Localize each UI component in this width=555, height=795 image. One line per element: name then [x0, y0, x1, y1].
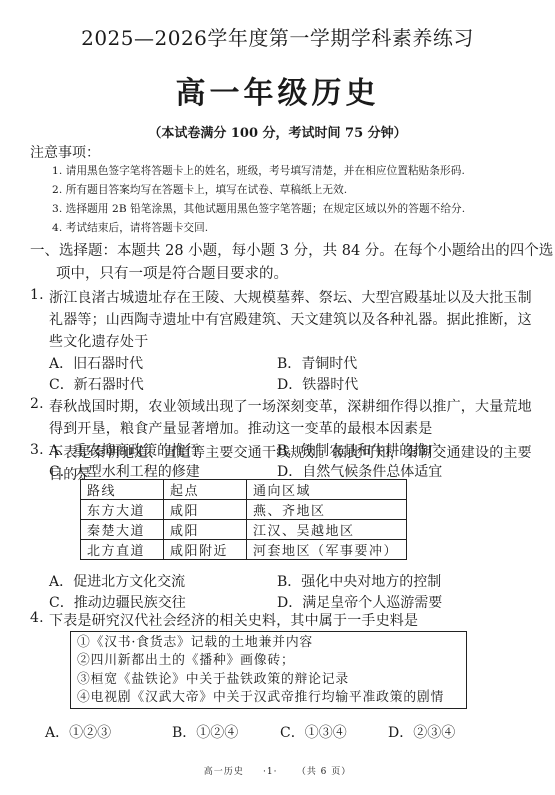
page-footer: 高一历史 ·1· （共 6 页）	[0, 764, 555, 777]
notice-item: 1. 请用黑色签字笔将答题卡上的姓名，班级，考号填写清楚，并在相应位置粘贴条形码…	[52, 163, 465, 178]
material-item: ①《汉书·食货志》记载的土地兼并内容	[77, 634, 460, 652]
material-item: ②四川新都出土的《播种》画像砖；	[77, 652, 460, 670]
footer-subject: 高一历史	[204, 767, 244, 777]
table-cell: 秦楚大道	[81, 520, 164, 540]
notice-item: 2. 所有题目答案均写在答题卡上，填写在试卷、草稿纸上无效.	[52, 182, 347, 197]
question-number: 4.	[30, 610, 44, 626]
table-cell: 北方直道	[81, 540, 164, 560]
table-cell: 河套地区（军事要冲）	[247, 540, 407, 560]
question-text: 浙江良渚古城遗址存在王陵、大规模墓葬、祭坛、大型宫殿基址以及大批玉制	[49, 287, 532, 307]
option-c[interactable]: C．推动边疆民族交往	[49, 592, 186, 612]
table-header: 路线	[81, 480, 164, 500]
question-number: 1.	[30, 287, 44, 303]
table-cell: 燕、齐地区	[247, 500, 407, 520]
table-cell: 咸阳	[164, 500, 247, 520]
table-row: 东方大道 咸阳 燕、齐地区	[81, 500, 407, 520]
footer-total-pages: （共 6 页）	[297, 767, 351, 777]
table-cell: 江汉、吴越地区	[247, 520, 407, 540]
option-c[interactable]: C．新石器时代	[49, 374, 144, 394]
notice-heading: 注意事项：	[30, 142, 100, 162]
table-header: 通向区域	[247, 480, 407, 500]
notice-item: 3. 选择题用 2B 铅笔涂黑，其他试题用黑色签字笔答题；在规定区域以外的答题不…	[52, 201, 465, 216]
question-text: 春秋战国时期，农业领域出现了一场深刻变革，深耕细作得以推广，大量荒地	[49, 396, 532, 416]
table-cell: 咸阳	[164, 520, 247, 540]
question-text: 些文化遗存处于	[49, 331, 148, 351]
option-a[interactable]: A．促进北方文化交流	[49, 571, 185, 591]
table-row: 北方直道 咸阳附近 河套地区（军事要冲）	[81, 540, 407, 560]
question-text: 礼器等；山西陶寺遗址中有宫殿建筑、天文建筑以及各种礼器。据此推断，这	[49, 309, 532, 329]
exam-title: 2025—2026学年度第一学期学科素养练习	[0, 22, 555, 51]
notice-item: 4. 考试结束后，请将答题卡交回.	[52, 220, 208, 235]
option-c[interactable]: C．①③④	[280, 722, 347, 742]
option-b[interactable]: B．①②④	[172, 722, 238, 742]
table-cell: 东方大道	[81, 500, 164, 520]
exam-subtitle: （本试卷满分 100 分，考试时间 75 分钟）	[0, 122, 555, 141]
route-table: 路线 起点 通向区域 东方大道 咸阳 燕、齐地区 秦楚大道 咸阳 江汉、吴越地区…	[80, 479, 407, 560]
material-item: ④电视剧《汉武大帝》中关于汉武帝推行均输平准政策的剧情	[77, 689, 460, 707]
question-text: 下表是秦朝驰道、直道等主要交通干线规划。据此可知，秦朝交通建设的主要	[49, 442, 532, 462]
subject-title: 高一年级历史	[0, 68, 555, 112]
option-a[interactable]: A．旧石器时代	[49, 353, 143, 373]
question-text: 下表是研究汉代社会经济的相关史料，其中属于一手史料是	[49, 610, 418, 630]
option-d[interactable]: D．满足皇帝个人巡游需要	[277, 592, 442, 612]
option-b[interactable]: B．青铜时代	[277, 353, 357, 373]
question-number: 3.	[30, 442, 44, 458]
option-a[interactable]: A．①②③	[45, 722, 111, 742]
material-item: ③桓宽《盐铁论》中关于盐铁政策的辩论记录	[77, 671, 460, 689]
table-cell: 咸阳附近	[164, 540, 247, 560]
section-heading: 一、选择题：本题共 28 小题，每小题 3 分，共 84 分。在每个小题给出的四…	[30, 239, 553, 260]
question-text: 得到开垦，粮食产量显著增加。推动这一变革的最根本因素是	[49, 418, 432, 438]
option-d[interactable]: D．②③④	[388, 722, 455, 742]
option-b[interactable]: B．强化中央对地方的控制	[277, 571, 441, 591]
table-header-row: 路线 起点 通向区域	[81, 480, 407, 500]
option-d[interactable]: D．铁器时代	[277, 374, 358, 394]
table-header: 起点	[164, 480, 247, 500]
section-heading-cont: 项中，只有一项是符合题目要求的。	[56, 262, 288, 283]
option-d[interactable]: D．自然气候条件总体适宜	[277, 461, 442, 481]
materials-box: ①《汉书·食货志》记载的土地兼并内容 ②四川新都出土的《播种》画像砖； ③桓宽《…	[70, 631, 467, 709]
footer-page-number: ·1·	[263, 767, 277, 777]
question-number: 2.	[30, 396, 44, 412]
table-row: 秦楚大道 咸阳 江汉、吴越地区	[81, 520, 407, 540]
